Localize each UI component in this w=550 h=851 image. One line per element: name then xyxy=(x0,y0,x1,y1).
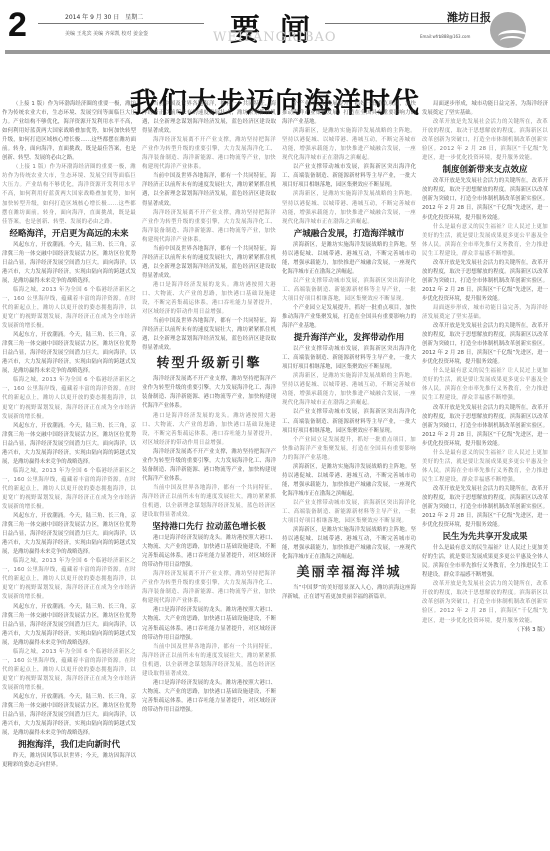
article-paragraph: 临海之城，2013 年为全国 6 个临港经济新区之一，160 公里海岸线，蕴藏着… xyxy=(2,557,136,602)
article-paragraph: 当前中国及世界各地海洋，都有一个共同特征，海洋经济正以前所未有的速度发展壮大，潍… xyxy=(142,172,276,208)
continued-on-page-3: （下转 3 版） xyxy=(422,626,548,635)
article-paragraph: 滨海新区，是潍坊实施海洋发展战略的主阵地。坚持以港促城、以城带港、港城互动，不断… xyxy=(282,372,416,408)
article-paragraph: 当前中国及世界各地海洋，都有一个共同特征，海洋经济正以前所未有的速度发展壮大，潍… xyxy=(142,100,276,136)
article-paragraph: 改革开放是先发展社会活力的关键所在，改革开放的程度，取决于思想解放的程度。滨海新… xyxy=(422,404,548,449)
article-paragraph: 滨海新区，是潍坊实施海洋发展战略的主阵地。坚持以港促城、以城带港、港城互动，不断… xyxy=(282,241,416,277)
article-paragraph: 改革开放是先发展社会活力的关键所在，改革开放的程度，取决于思想解放的程度。滨海新… xyxy=(422,485,548,530)
masthead: 2 2014 年 9 月 30 日 星期二 美编 王兆宾 美编 齐荣凯 校对 姜… xyxy=(0,0,550,52)
article-paragraph: 当“中国梦”的美好愿景深入人心，潍坊滨海这座海洋新城，正在谱写着更加美丽幸福的新… xyxy=(282,584,416,602)
article-paragraph: 港口是海洋经济发展的龙头。潍坊港按照大港口、大物流、大产业的思路，加快港口基础设… xyxy=(142,606,276,642)
article-column-3: 个产业园立足发展提升，抓好一批重点项目，加快推动海洋产业集聚发展，打造在全国具有… xyxy=(282,100,416,851)
subheading: 坚持港口先行 拉动蓝色增长极 xyxy=(142,520,276,534)
article-paragraph: 什么是最有意义的民生福祉？让人民过上更加美好的生活，就是要让发展成果更多更公平惠… xyxy=(422,544,548,580)
article-paragraph: 滨海新区，是潍坊实施海洋发展战略的主阵地。坚持以港促城、以城带港、港城互动，不断… xyxy=(282,190,416,226)
article-paragraph: 临海之城，2013 年为全国 6 个临港经济新区之一，160 公里海岸线，蕴藏着… xyxy=(2,376,136,421)
subheading: 转型升级新引擎 xyxy=(142,353,276,375)
contact-email: Email:wfrb888@163.com xyxy=(420,34,470,39)
article-paragraph: 以产业支撑带动城市发展，滨海新区突出海洋化工、高端装备制造、新能源新材料等主导产… xyxy=(282,345,416,372)
article-paragraph: 当前中国及世界各地海洋，都有一个共同特征，海洋经济正以前所未有的速度发展壮大，潍… xyxy=(142,484,276,520)
article-paragraph: 港口是海洋经济发展的龙头。潍坊港按照大港口、大物流、大产业的思路，加快港口基础设… xyxy=(142,281,276,317)
article-paragraph: 海洋经济发展离不开产业支撑，潍坊坚持把海洋产业作为转型升级的重要引擎，大力发展海… xyxy=(142,136,276,172)
issue-date: 2014 年 9 月 30 日 星期二 xyxy=(65,12,143,21)
article-paragraph: 风起东方，开放潮涌。今天，陆三角、长三角，京津冀三角一体交融中国经济发展活力区，… xyxy=(2,512,136,557)
article-paragraph: 风起东方，开放潮涌。今天，陆三角、长三角，京津冀三角一体交融中国经济发展活力区，… xyxy=(2,422,136,467)
article-paragraph: 改革开放是先发展社会活力的关键所在，改革开放的程度，取决于思想解放的程度。滨海新… xyxy=(422,322,548,367)
article-paragraph: 海洋经济发展离不开产业支撑，潍坊坚持把海洋产业作为转型升级的重要引擎，大力发展海… xyxy=(142,448,276,484)
article-column-1: （上接 1 版）作为环渤海经济圈的重要一极，潍坊作为传统农业大市，生态环境、发展… xyxy=(2,100,136,851)
article-paragraph: 什么是最有意义的民生福祉？让人民过上更加美好的生活，就是要让发展成果更多更公平惠… xyxy=(422,449,548,485)
article-paragraph: 什么是最有意义的民生福祉？让人民过上更加美好的生活，就是要让发展成果更多更公平惠… xyxy=(422,223,548,259)
subheading: 制度创新带来支点效应 xyxy=(422,163,548,177)
subheading: 拥抱海洋，我们走向新时代 xyxy=(2,738,136,752)
article-paragraph: 海洋经济发展离不开产业支撑，潍坊坚持把海洋产业作为转型升级的重要引擎，大力发展海… xyxy=(142,375,276,411)
subheading: 民生为先共享开发成果 xyxy=(422,530,548,544)
article-paragraph: 个产业园立足发展提升，抓好一批重点项目，加快推动海洋产业集聚发展，打造在全国具有… xyxy=(282,100,416,127)
editor-credits: 美编 王兆宾 美编 齐荣凯 校对 姜金銮 xyxy=(65,30,148,37)
subheading: 经略海洋，开启更为高远的未来 xyxy=(2,227,136,241)
article-column-4: 局面逐步形成，城市功能日益完善，为海洋经济发展奠定了坚实基础。 改革开放是先发展… xyxy=(422,100,548,851)
newspaper-brand: 潍坊日报 xyxy=(447,9,491,25)
article-paragraph: 以产业支撑带动城市发展，滨海新区突出海洋化工、高端装备制造、新能源新材料等主导产… xyxy=(282,277,416,304)
article-paragraph: 港口是海洋经济发展的龙头。潍坊港按照大港口、大物流、大产业的思路，加快港口基础设… xyxy=(142,679,276,715)
article-paragraph: 当前中国及世界各地海洋，都有一个共同特征，海洋经济正以前所未有的速度发展壮大，潍… xyxy=(142,245,276,281)
article-paragraph: 滨海新区，是潍坊实施海洋发展战略的主阵地。坚持以港促城、以城带港、港城互动，不断… xyxy=(282,526,416,562)
article-paragraph: 以产业支撑带动城市发展，滨海新区突出海洋化工、高端装备制造、新能源新材料等主导产… xyxy=(282,163,416,190)
article-paragraph: 风起东方，开放潮涌。今天，陆三角、长三角，京津冀三角一体交融中国经济发展活力区，… xyxy=(2,693,136,738)
article-paragraph: 临海之城，2013 年为全国 6 个临港经济新区之一，160 公里海岸线，蕴藏着… xyxy=(2,467,136,512)
article-paragraph: 港口是海洋经济发展的龙头。潍坊港按照大港口、大物流、大产业的思路，加快港口基础设… xyxy=(142,412,276,448)
page-number: 2 xyxy=(8,8,27,42)
subheading: 提升海洋产业，发挥带动作用 xyxy=(282,331,416,345)
article-paragraph: （上接 1 版）作为环渤海经济圈的重要一极，潍坊作为传统农业大市，生态环境、发展… xyxy=(2,163,136,226)
article-paragraph: 什么是最有意义的民生福祉？让人民过上更加美好的生活，就是要让发展成果更多更公平惠… xyxy=(422,367,548,403)
article-paragraph: 海洋经济发展离不开产业支撑，潍坊坚持把海洋产业作为转型升级的重要引擎，大力发展海… xyxy=(142,209,276,245)
article-paragraph: 个产业园立足发展提升，抓好一批重点项目，加快推动海洋产业集聚发展，打造在全国具有… xyxy=(282,436,416,463)
article-paragraph: 滨海新区，是潍坊实施海洋发展战略的主阵地。坚持以港促城、以城带港、港城互动，不断… xyxy=(282,463,416,499)
article-paragraph: 以产业支撑带动城市发展，滨海新区突出海洋化工、高端装备制造、新能源新材料等主导产… xyxy=(282,499,416,526)
article-paragraph: 改革开放是先发展社会活力的关键所在，改革开放的程度，取决于思想解放的程度。滨海新… xyxy=(422,580,548,625)
article-column-2: 当前中国及世界各地海洋，都有一个共同特征，海洋经济正以前所未有的速度发展壮大，潍… xyxy=(142,100,276,851)
article-paragraph: 改革开放是先发展社会活力的关键所在，改革开放的程度，取决于思想解放的程度。滨海新… xyxy=(422,177,548,222)
newspaper-logo-icon xyxy=(490,12,526,48)
article-paragraph: 风起东方，开放潮涌。今天，陆三角、长三角，京津冀三角一体交融中国经济发展活力区，… xyxy=(2,241,136,286)
article-paragraph: 改革开放是先发展社会活力的关键所在，改革开放的程度，取决于思想解放的程度。滨海新… xyxy=(422,118,548,163)
masthead-divider xyxy=(5,50,550,54)
article-paragraph: 个产业园立足发展提升，抓好一批重点项目，加快推动海洋产业集聚发展，打造在全国具有… xyxy=(282,304,416,331)
subheading: 美丽幸福海洋城 xyxy=(282,562,416,584)
article-paragraph: 以产业支撑带动城市发展，滨海新区突出海洋化工、高端装备制造、新能源新材料等主导产… xyxy=(282,408,416,435)
article-paragraph: 昨天，潍坊因风筝认识世界；今天，潍坊因海洋以更精彩的姿态走向世界。 xyxy=(2,752,136,770)
article-paragraph: 改革开放是先发展社会活力的关键所在，改革开放的程度，取决于思想解放的程度。滨海新… xyxy=(422,259,548,304)
masthead-rule-left xyxy=(38,23,204,24)
article-paragraph: 风起东方，开放潮涌。今天，陆三角、长三角，京津冀三角一体交融中国经济发展活力区，… xyxy=(2,331,136,376)
article-paragraph: 临海之城，2013 年为全国 6 个临港经济新区之一，160 公里海岸线，蕴藏着… xyxy=(2,648,136,693)
section-watermark: WEIFANGRIBAO xyxy=(213,30,337,45)
article-paragraph: 局面逐步形成，城市功能日益完善，为海洋经济发展奠定了坚实基础。 xyxy=(422,100,548,118)
article-paragraph: （上接 1 版）作为环渤海经济圈的重要一极，潍坊作为传统农业大市，生态环境、发展… xyxy=(2,100,136,163)
article-paragraph: 港口是海洋经济发展的龙头。潍坊港按照大港口、大物流、大产业的思路，加快港口基础设… xyxy=(142,534,276,570)
article-paragraph: 局面逐步形成，城市功能日益完善，为海洋经济发展奠定了坚实基础。 xyxy=(422,304,548,322)
article-paragraph: 滨海新区，是潍坊实施海洋发展战略的主阵地。坚持以港促城、以城带港、港城互动，不断… xyxy=(282,127,416,163)
article-paragraph: 当前中国及世界各地海洋，都有一个共同特征，海洋经济正以前所未有的速度发展壮大，潍… xyxy=(142,643,276,679)
article-paragraph: 当前中国及世界各地海洋，都有一个共同特征，海洋经济正以前所未有的速度发展壮大，潍… xyxy=(142,317,276,353)
article-paragraph: 临海之城，2013 年为全国 6 个临港经济新区之一，160 公里海岸线，蕴藏着… xyxy=(2,286,136,331)
article-paragraph: 风起东方，开放潮涌。今天，陆三角、长三角，京津冀三角一体交融中国经济发展活力区，… xyxy=(2,603,136,648)
article-paragraph: 海洋经济发展离不开产业支撑，潍坊坚持把海洋产业作为转型升级的重要引擎，大力发展海… xyxy=(142,570,276,606)
subheading: 产城融合发展，打造海洋城市 xyxy=(282,227,416,241)
